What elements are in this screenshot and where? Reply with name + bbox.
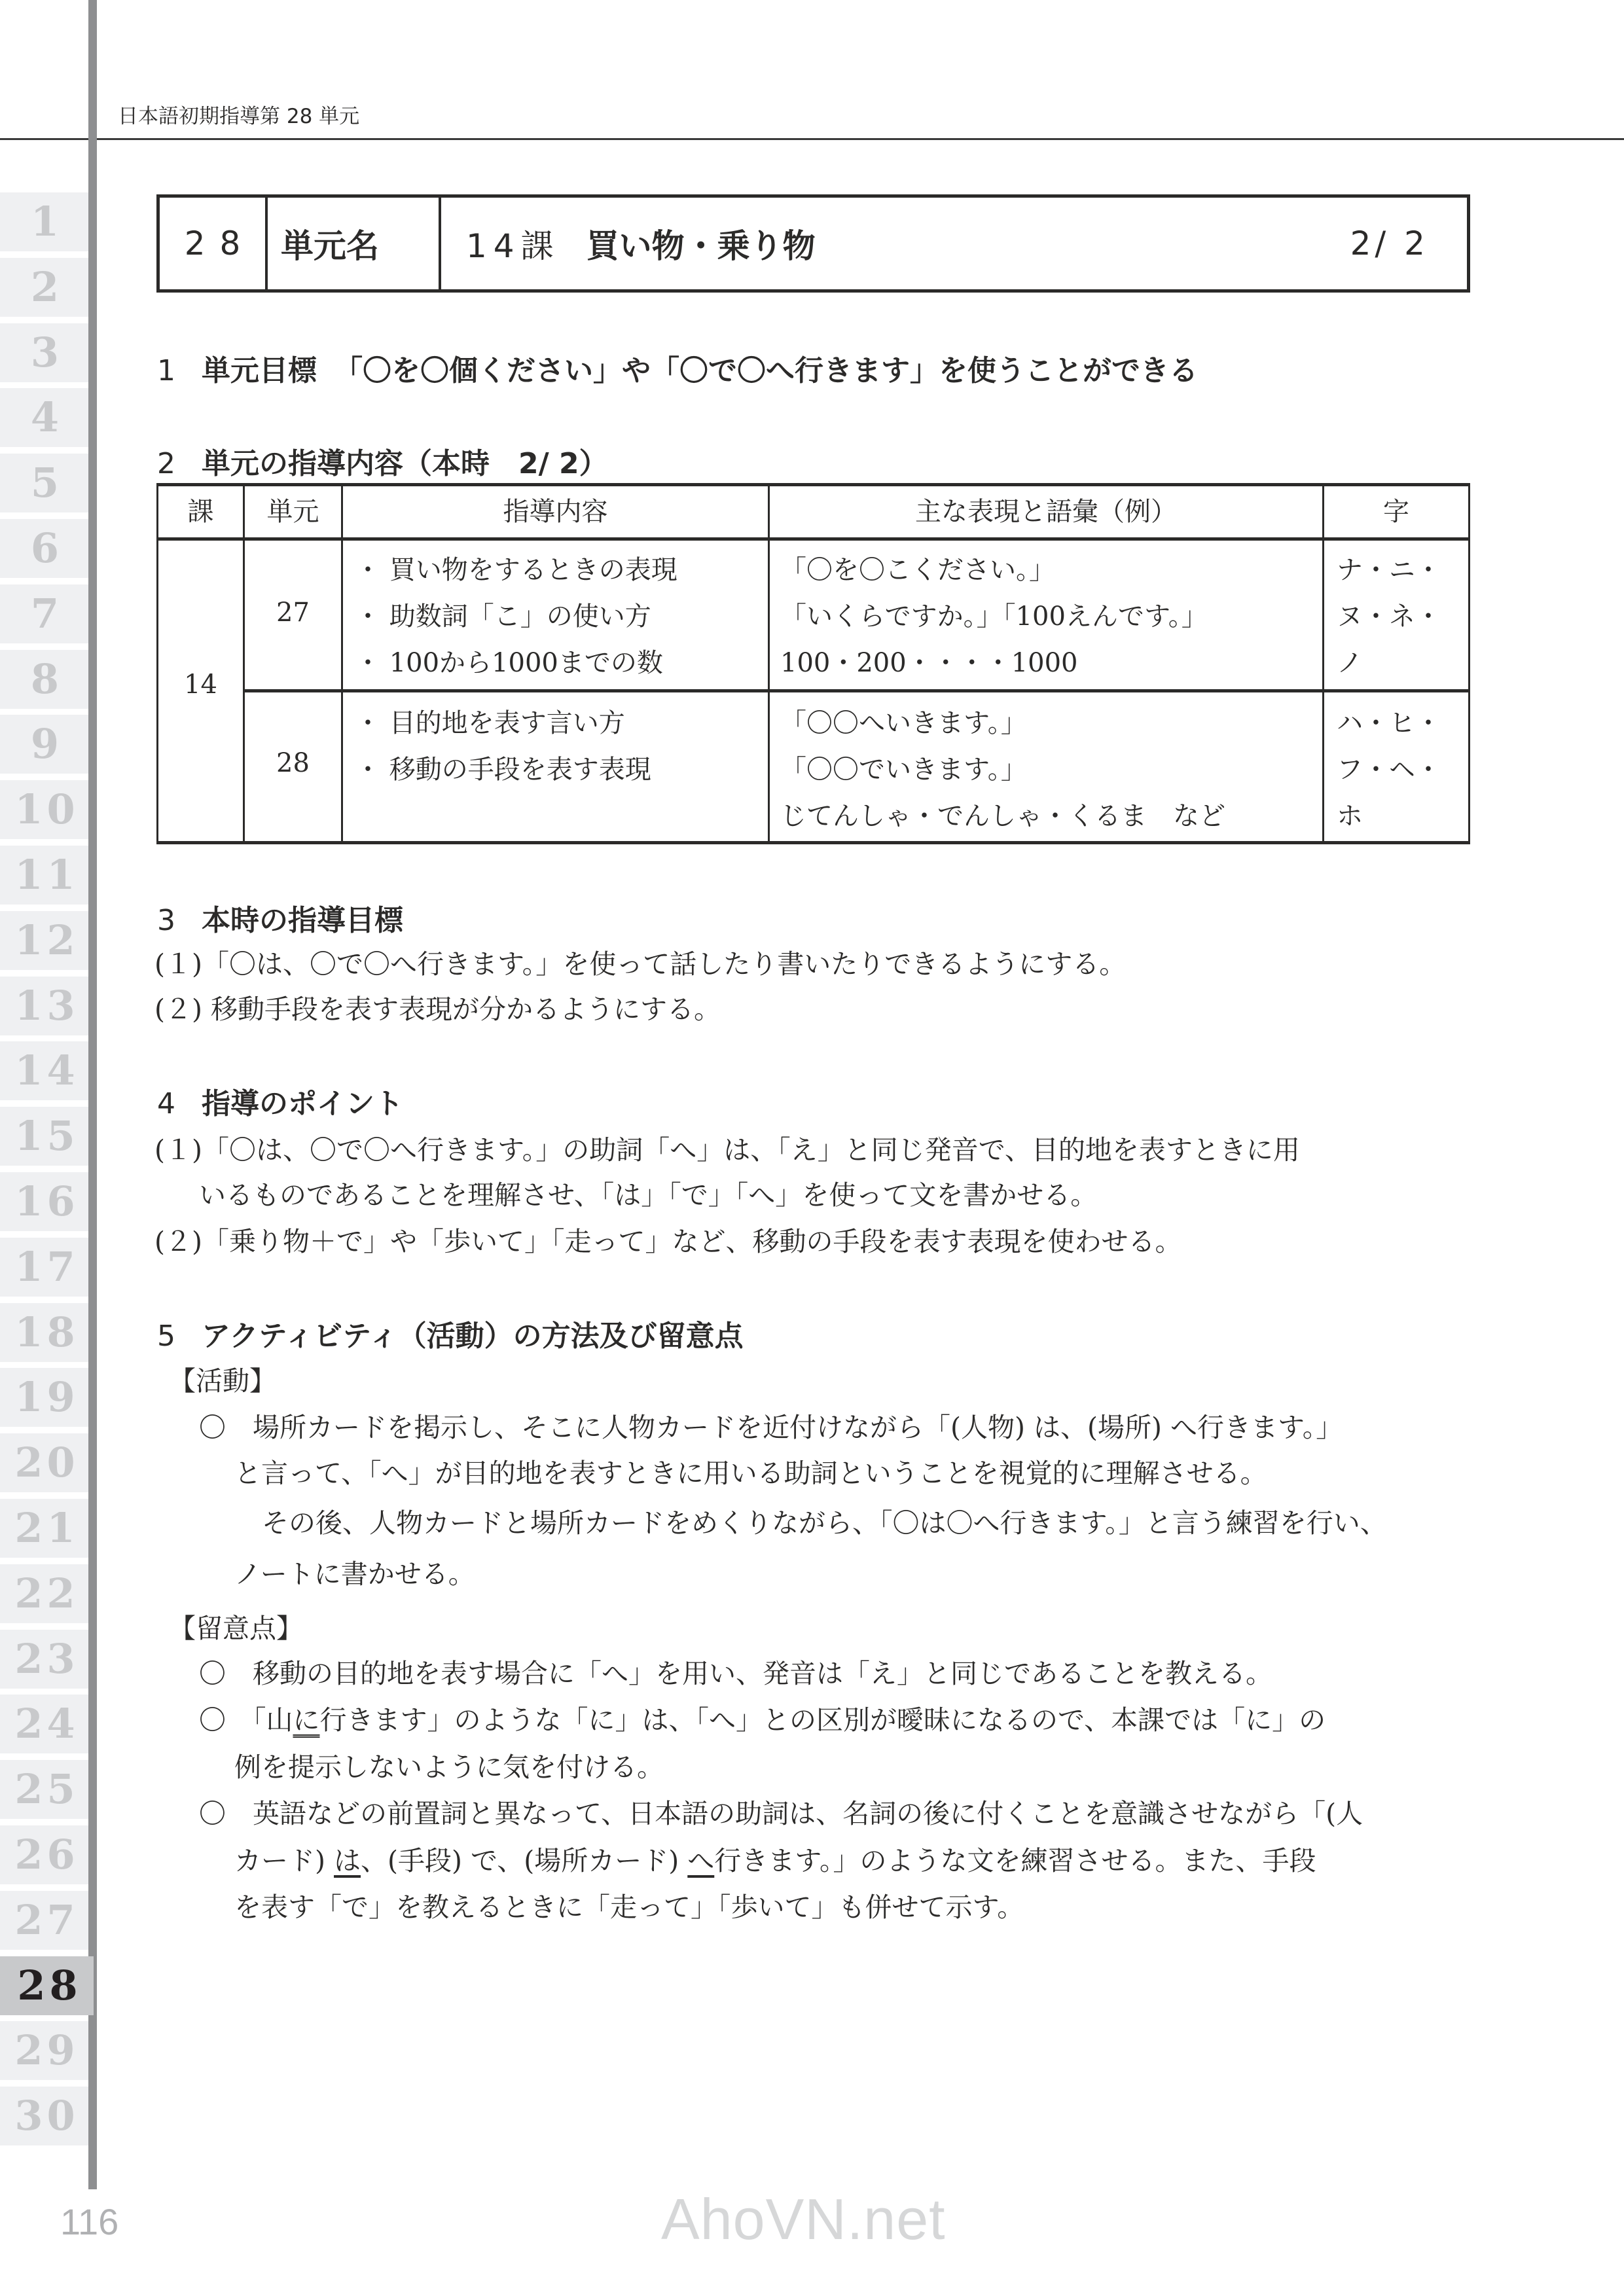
chapter-tab-16[interactable]: 16 <box>0 1172 88 1231</box>
session-indicator: 2/ 2 <box>1350 198 1467 289</box>
chapter-tab-7[interactable]: 7 <box>0 584 88 643</box>
chapter-tab-9[interactable]: 9 <box>0 715 88 774</box>
col-header-characters: 字 <box>1324 486 1468 537</box>
chapter-tab-11[interactable]: 11 <box>0 846 88 905</box>
unit-name-label: 単元名 <box>268 198 441 289</box>
watermark: AhoVN.net <box>661 2186 946 2253</box>
chapter-tab-14[interactable]: 14 <box>0 1041 88 1100</box>
section-4-heading: 4指導のポイント <box>157 1080 403 1122</box>
chapter-tab-25[interactable]: 25 <box>0 1760 88 1819</box>
activity-line: と言って、「へ」が目的地を表すときに用いる助詞ということを視覚的に理解させる。 <box>234 1452 1267 1490</box>
unit-cell: 27 <box>245 598 341 628</box>
table-cell-line: じてんしゃ・でんしゃ・くるま など <box>780 793 1225 840</box>
expressions-cell: 「〇を〇こください。」 「いくらですか。」「100えんです。」 100・200・… <box>780 547 1208 687</box>
unit-goal-text: 「〇を〇個ください」や「〇で〇へ行きます」を使うことができる <box>334 354 1198 387</box>
chapter-tab-29[interactable]: 29 <box>0 2021 88 2080</box>
note-line: カード) は、(手段) で、(場所カード) へ行きます。」のような文を練習させる… <box>234 1839 1316 1878</box>
table-cell-line: ・ 移動の手段を表す表現 <box>355 747 651 793</box>
table-cell-line: ・ 目的地を表す言い方 <box>355 700 651 747</box>
note-line: を表す「で」を教えるときに「走って」「歩いて」も併せて示す。 <box>234 1886 1024 1924</box>
goal-item: (１)「〇は、〇で〇へ行きます。」を使って話したり書いたりできるようにする。 <box>154 942 1126 981</box>
section-title: 単元の指導内容（本時 2/ 2） <box>202 447 608 480</box>
section-title: アクティビティ（活動）の方法及び留意点 <box>202 1319 744 1353</box>
section-number: 3 <box>157 904 202 937</box>
section-number: 4 <box>157 1087 202 1121</box>
table-cell-line: ノ <box>1337 640 1441 687</box>
unit-cell: 28 <box>245 748 341 778</box>
chapter-tab-23[interactable]: 23 <box>0 1630 88 1689</box>
note-text: 、(手段) で、(場所カード) <box>361 1845 687 1876</box>
table-header-rule <box>158 537 1468 541</box>
chapter-tab-18[interactable]: 18 <box>0 1303 88 1362</box>
note-text: 行きます」のような「に」は、「へ」との区別が曖昧になるので、本課では「に」の <box>320 1704 1326 1736</box>
notes-label: 【留意点】 <box>169 1607 303 1645</box>
chapter-tab-4[interactable]: 4 <box>0 388 88 447</box>
table-cell-line: 「〇〇へいきます。」 <box>780 700 1225 747</box>
characters-cell: ハ・ヒ・ フ・ヘ・ ホ <box>1337 700 1441 840</box>
note-line: 〇 「山に行きます」のような「に」は、「へ」との区別が曖昧になるので、本課では「… <box>199 1698 1326 1737</box>
activity-line: 〇 場所カードを掲示し、そこに人物カードを近付けながら「(人物) は、(場所) … <box>199 1406 1343 1444</box>
point-line: いるものであることを理解させ、「は」「で」「へ」を使って文を書かせる。 <box>199 1174 1097 1212</box>
chapter-tab-15[interactable]: 15 <box>0 1107 88 1166</box>
chapter-tab-6[interactable]: 6 <box>0 519 88 578</box>
section-2-heading: 2単元の指導内容（本時 2/ 2） <box>157 440 608 482</box>
unit-name: 14課 買い物・乗り物 <box>441 198 1350 289</box>
content-cell: ・ 買い物をするときの表現 ・ 助数詞「こ」の使い方 ・ 100から1000まで… <box>355 547 677 687</box>
chapter-tab-5[interactable]: 5 <box>0 454 88 512</box>
content-cell: ・ 目的地を表す言い方 ・ 移動の手段を表す表現 <box>355 700 651 793</box>
table-cell-line: ナ・ニ・ <box>1337 547 1441 594</box>
underlined-particle: へ <box>687 1845 714 1876</box>
chapter-tab-22[interactable]: 22 <box>0 1564 88 1623</box>
unit-content-table: 課 単元 指導内容 主な表現と語彙（例） 字 14 27 ・ 買い物をするときの… <box>156 483 1470 844</box>
chapter-tab-24[interactable]: 24 <box>0 1695 88 1753</box>
activity-line: その後、人物カードと場所カードをめくりながら、「〇は〇へ行きます。」と言う練習を… <box>262 1501 1387 1540</box>
goal-item: (２) 移動手段を表す表現が分かるようにする。 <box>154 988 721 1026</box>
section-3-heading: 3本時の指導目標 <box>157 897 403 939</box>
chapter-tab-19[interactable]: 19 <box>0 1368 88 1427</box>
chapter-tab-10[interactable]: 10 <box>0 780 88 839</box>
activity-line: ノートに書かせる。 <box>234 1552 475 1591</box>
section-number: 1 <box>157 354 202 387</box>
section-title: 単元目標 <box>202 354 317 387</box>
table-cell-line: ・ 買い物をするときの表現 <box>355 547 677 594</box>
lesson-cell: 14 <box>158 670 243 700</box>
unit-name-text: 買い物・乗り物 <box>586 220 816 267</box>
chapter-tab-8[interactable]: 8 <box>0 650 88 709</box>
lesson-number: 14課 <box>466 220 560 267</box>
point-line: (２)「乗り物＋で」や「歩いて」「走って」など、移動の手段を表す表現を使わせる。 <box>154 1220 1182 1259</box>
col-header-content: 指導内容 <box>343 486 768 537</box>
note-text: 〇 「山 <box>199 1704 293 1736</box>
note-text: カード) <box>234 1845 334 1876</box>
point-line: (１)「〇は、〇で〇へ行きます。」の助詞「へ」は、「え」と同じ発音で、目的地を表… <box>154 1128 1300 1167</box>
unit-number: 28 <box>160 198 268 289</box>
table-cell-line: ・ 助数詞「こ」の使い方 <box>355 594 677 640</box>
table-row-rule <box>243 689 1468 692</box>
page-number: 116 <box>60 2200 118 2243</box>
section-number: 2 <box>157 447 202 480</box>
unit-title-box: 28 単元名 14課 買い物・乗り物 2/ 2 <box>156 194 1470 293</box>
table-cell-line: 100・200・・・・1000 <box>780 640 1208 687</box>
chapter-tab-20[interactable]: 20 <box>0 1433 88 1492</box>
characters-cell: ナ・ニ・ ヌ・ネ・ ノ <box>1337 547 1441 687</box>
activity-label: 【活動】 <box>169 1359 276 1398</box>
chapter-tab-28[interactable]: 28 <box>0 1956 94 2015</box>
table-cell-line: ヌ・ネ・ <box>1337 594 1441 640</box>
chapter-tab-3[interactable]: 3 <box>0 323 88 382</box>
chapter-tab-13[interactable]: 13 <box>0 977 88 1035</box>
header-rule <box>0 138 1624 140</box>
table-cell-line: ホ <box>1337 793 1441 840</box>
note-line: 〇 英語などの前置詞と異なって、日本語の助詞は、名詞の後に付くことを意識させなが… <box>199 1792 1363 1831</box>
table-cell-line: 「〇〇でいきます。」 <box>780 747 1225 793</box>
table-cell-line: ハ・ヒ・ <box>1337 700 1441 747</box>
chapter-tab-21[interactable]: 21 <box>0 1499 88 1558</box>
chapter-tab-17[interactable]: 17 <box>0 1238 88 1297</box>
underlined-particle: は <box>334 1845 361 1876</box>
running-header: 日本語初期指導第 28 単元 <box>118 99 359 129</box>
chapter-tab-2[interactable]: 2 <box>0 258 88 317</box>
expressions-cell: 「〇〇へいきます。」 「〇〇でいきます。」 じてんしゃ・でんしゃ・くるま など <box>780 700 1225 840</box>
side-bar-divider <box>88 0 97 2189</box>
col-header-expressions: 主な表現と語彙（例） <box>770 486 1322 537</box>
table-cell-line: フ・ヘ・ <box>1337 747 1441 793</box>
chapter-tab-1[interactable]: 1 <box>0 192 88 251</box>
section-5-heading: 5アクティビティ（活動）の方法及び留意点 <box>157 1312 744 1354</box>
col-header-lesson: 課 <box>158 486 243 537</box>
col-header-unit: 単元 <box>245 486 341 537</box>
note-line: 例を提示しないように気を付ける。 <box>234 1746 664 1784</box>
note-line: 〇 移動の目的地を表す場合に「へ」を用い、発音は「え」と同じであることを教える。 <box>199 1652 1272 1691</box>
chapter-tab-30[interactable]: 30 <box>0 2087 88 2145</box>
table-cell-line: 「〇を〇こください。」 <box>780 547 1208 594</box>
section-1-heading: 1単元目標「〇を〇個ください」や「〇で〇へ行きます」を使うことができる <box>157 347 1198 389</box>
section-title: 本時の指導目標 <box>202 904 403 937</box>
section-number: 5 <box>157 1319 202 1353</box>
chapter-tab-27[interactable]: 27 <box>0 1891 88 1950</box>
section-title: 指導のポイント <box>202 1087 403 1121</box>
note-text: 行きます。」のような文を練習させる。また、手段 <box>714 1845 1316 1876</box>
chapter-tab-12[interactable]: 12 <box>0 911 88 970</box>
table-cell-line: ・ 100から1000までの数 <box>355 640 677 687</box>
underlined-particle: に <box>293 1704 320 1736</box>
table-cell-line: 「いくらですか。」「100えんです。」 <box>780 594 1208 640</box>
chapter-tab-26[interactable]: 26 <box>0 1825 88 1884</box>
